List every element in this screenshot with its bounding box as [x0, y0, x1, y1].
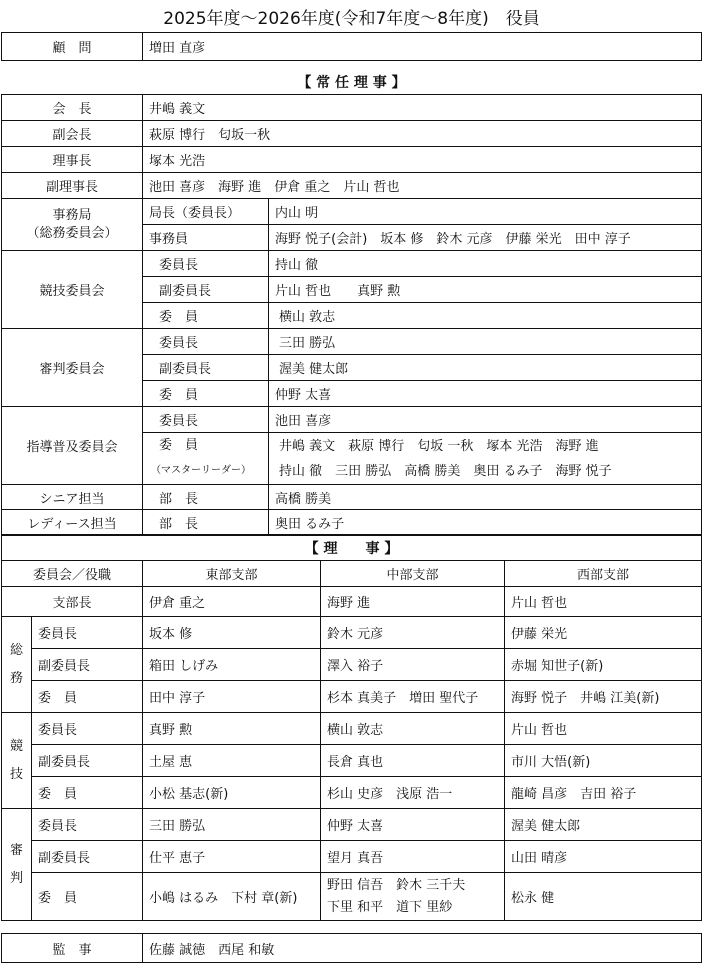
names: 井嶋 義文: [143, 95, 702, 121]
advisor-role: 顧 問: [2, 33, 143, 61]
names: 持山 徹: [269, 251, 702, 277]
name-line: 下里 和平 道下 里紗: [327, 900, 452, 915]
role-label: 理事長: [2, 147, 143, 173]
names: 萩原 博行 匂坂一秋: [143, 121, 702, 147]
west-name: 山田 晴彦: [505, 841, 702, 873]
east-name: 田中 淳子: [143, 681, 321, 713]
names-line: 井嶋 義文 萩原 博行 匂坂 一秋 塚本 光浩 海野 進: [279, 439, 599, 454]
sub-role: 副委員長: [143, 277, 269, 303]
col-header: 委員会／役職: [2, 561, 143, 587]
char: 審: [10, 843, 23, 858]
west-name: 片山 哲也: [505, 587, 702, 617]
role: 委員長: [32, 809, 143, 841]
advisor-table: 顧 問 増田 直彦: [1, 32, 702, 61]
east-name: 箱田 しげみ: [143, 649, 321, 681]
east-name: 小嶋 はるみ 下村 章(新): [143, 873, 321, 921]
char: 総: [10, 643, 23, 658]
names: 片山 哲也 真野 勲: [269, 277, 702, 303]
names: 奥田 るみ子: [269, 510, 702, 535]
west-name: 片山 哲也: [505, 713, 702, 745]
east-name: 土屋 恵: [143, 745, 321, 777]
col-header: 中部支部: [321, 561, 505, 587]
east-name: 真野 勲: [143, 713, 321, 745]
central-name: 杉山 史彦 浅原 浩一: [321, 777, 505, 809]
name-line: 野田 信吾 鈴木 三千夫: [327, 878, 465, 893]
group-ladies: レディース担当: [2, 510, 143, 535]
west-name: 松永 健: [505, 873, 702, 921]
sub-role: 委員長: [143, 407, 269, 433]
group-competition: 競技委員会: [2, 251, 143, 329]
committee-competition: 競技: [2, 713, 32, 809]
names: 塚本 光浩: [143, 147, 702, 173]
group-senior: シニア担当: [2, 485, 143, 510]
west-name: 渥美 健太郎: [505, 809, 702, 841]
east-name: 仕平 恵子: [143, 841, 321, 873]
auditor-role: 監 事: [2, 934, 143, 963]
east-name: 伊倉 重之: [143, 587, 321, 617]
central-name: 望月 真吾: [321, 841, 505, 873]
names: 渥美 健太郎: [269, 355, 702, 381]
committee-referee: 審判: [2, 809, 32, 921]
west-name: 海野 悦子 井嶋 江美(新): [505, 681, 702, 713]
central-name: 海野 進: [321, 587, 505, 617]
group-referee: 審判委員会: [2, 329, 143, 407]
sub-role: 局長（委員長）: [143, 199, 269, 225]
sub-role-note: （マスターリーダー）: [151, 465, 251, 476]
role: 委 員: [32, 681, 143, 713]
char: 競: [10, 739, 23, 754]
sub-role: 委員長: [143, 251, 269, 277]
west-name: 赤堀 知世子(新): [505, 649, 702, 681]
names: 池田 喜彦: [269, 407, 702, 433]
west-name: 伊藤 栄光: [505, 617, 702, 649]
east-name: 小松 基志(新): [143, 777, 321, 809]
central-name: 澤入 裕子: [321, 649, 505, 681]
central-name: 仲野 太喜: [321, 809, 505, 841]
standing-table: 会 長井嶋 義文 副会長萩原 博行 匂坂一秋 理事長塚本 光浩 副理事長池田 喜…: [1, 94, 702, 535]
sub-role: 委 員: [143, 303, 269, 329]
page-title: 2025年度～2026年度(令和7年度～8年度) 役員: [0, 4, 703, 29]
col-header: 東部支部: [143, 561, 321, 587]
names: 高橋 勝美: [269, 485, 702, 510]
sub-role: 委 員: [143, 381, 269, 407]
col-header: 西部支部: [505, 561, 702, 587]
sub-role: 委 員（マスターリーダー）: [143, 433, 269, 485]
role: 委員長: [32, 713, 143, 745]
role-label: 副理事長: [2, 173, 143, 199]
role-label: 会 長: [2, 95, 143, 121]
branch-head-role: 支部長: [2, 587, 143, 617]
group-name-sub: （総務委員会）: [26, 226, 117, 241]
char: 務: [10, 671, 23, 686]
sub-role-label: 委 員: [151, 438, 198, 453]
char: 技: [10, 767, 23, 782]
central-name: 横山 敦志: [321, 713, 505, 745]
directors-table: 【 理 事 】 委員会／役職 東部支部 中部支部 西部支部 支部長 伊倉 重之 …: [1, 535, 702, 921]
committee-general: 総務: [2, 617, 32, 713]
char: 判: [10, 871, 23, 886]
role: 委 員: [32, 777, 143, 809]
sub-role: 部 長: [143, 510, 269, 535]
central-name: 野田 信吾 鈴木 三千夫下里 和平 道下 里紗: [321, 873, 505, 921]
role: 委 員: [32, 873, 143, 921]
role: 委員長: [32, 617, 143, 649]
group-instruction: 指導普及委員会: [2, 407, 143, 485]
east-name: 三田 勝弘: [143, 809, 321, 841]
names: 海野 悦子(会計) 坂本 修 鈴木 元彦 伊藤 栄光 田中 淳子: [269, 225, 702, 251]
directors-heading: 【 理 事 】: [2, 536, 702, 561]
west-name: 龍崎 昌彦 吉田 裕子: [505, 777, 702, 809]
names: 井嶋 義文 萩原 博行 匂坂 一秋 塚本 光浩 海野 進持山 徹 三田 勝弘 高…: [269, 433, 702, 485]
west-name: 市川 大悟(新): [505, 745, 702, 777]
names-line: 持山 徹 三田 勝弘 高橋 勝美 奥田 るみ子 海野 悦子: [279, 464, 612, 479]
central-name: 鈴木 元彦: [321, 617, 505, 649]
names: 横山 敦志: [269, 303, 702, 329]
group-secretariat: 事務局（総務委員会）: [2, 199, 143, 251]
central-name: 杉本 真美子 増田 聖代子: [321, 681, 505, 713]
role: 副委員長: [32, 745, 143, 777]
east-name: 坂本 修: [143, 617, 321, 649]
sub-role: 部 長: [143, 485, 269, 510]
sub-role: 委員長: [143, 329, 269, 355]
role: 副委員長: [32, 841, 143, 873]
names: 仲野 太喜: [269, 381, 702, 407]
group-name: 事務局: [52, 208, 91, 223]
advisor-names: 増田 直彦: [143, 33, 702, 61]
role: 副委員長: [32, 649, 143, 681]
standing-heading: 【 常 任 理 事 】: [0, 72, 703, 92]
central-name: 長倉 真也: [321, 745, 505, 777]
sub-role: 事務員: [143, 225, 269, 251]
names: 内山 明: [269, 199, 702, 225]
sub-role: 副委員長: [143, 355, 269, 381]
names: 三田 勝弘: [269, 329, 702, 355]
names: 池田 喜彦 海野 進 伊倉 重之 片山 哲也: [143, 173, 702, 199]
role-label: 副会長: [2, 121, 143, 147]
auditor-names: 佐藤 誠徳 西尾 和敏: [143, 934, 702, 963]
auditor-table: 監 事 佐藤 誠徳 西尾 和敏: [1, 933, 702, 963]
